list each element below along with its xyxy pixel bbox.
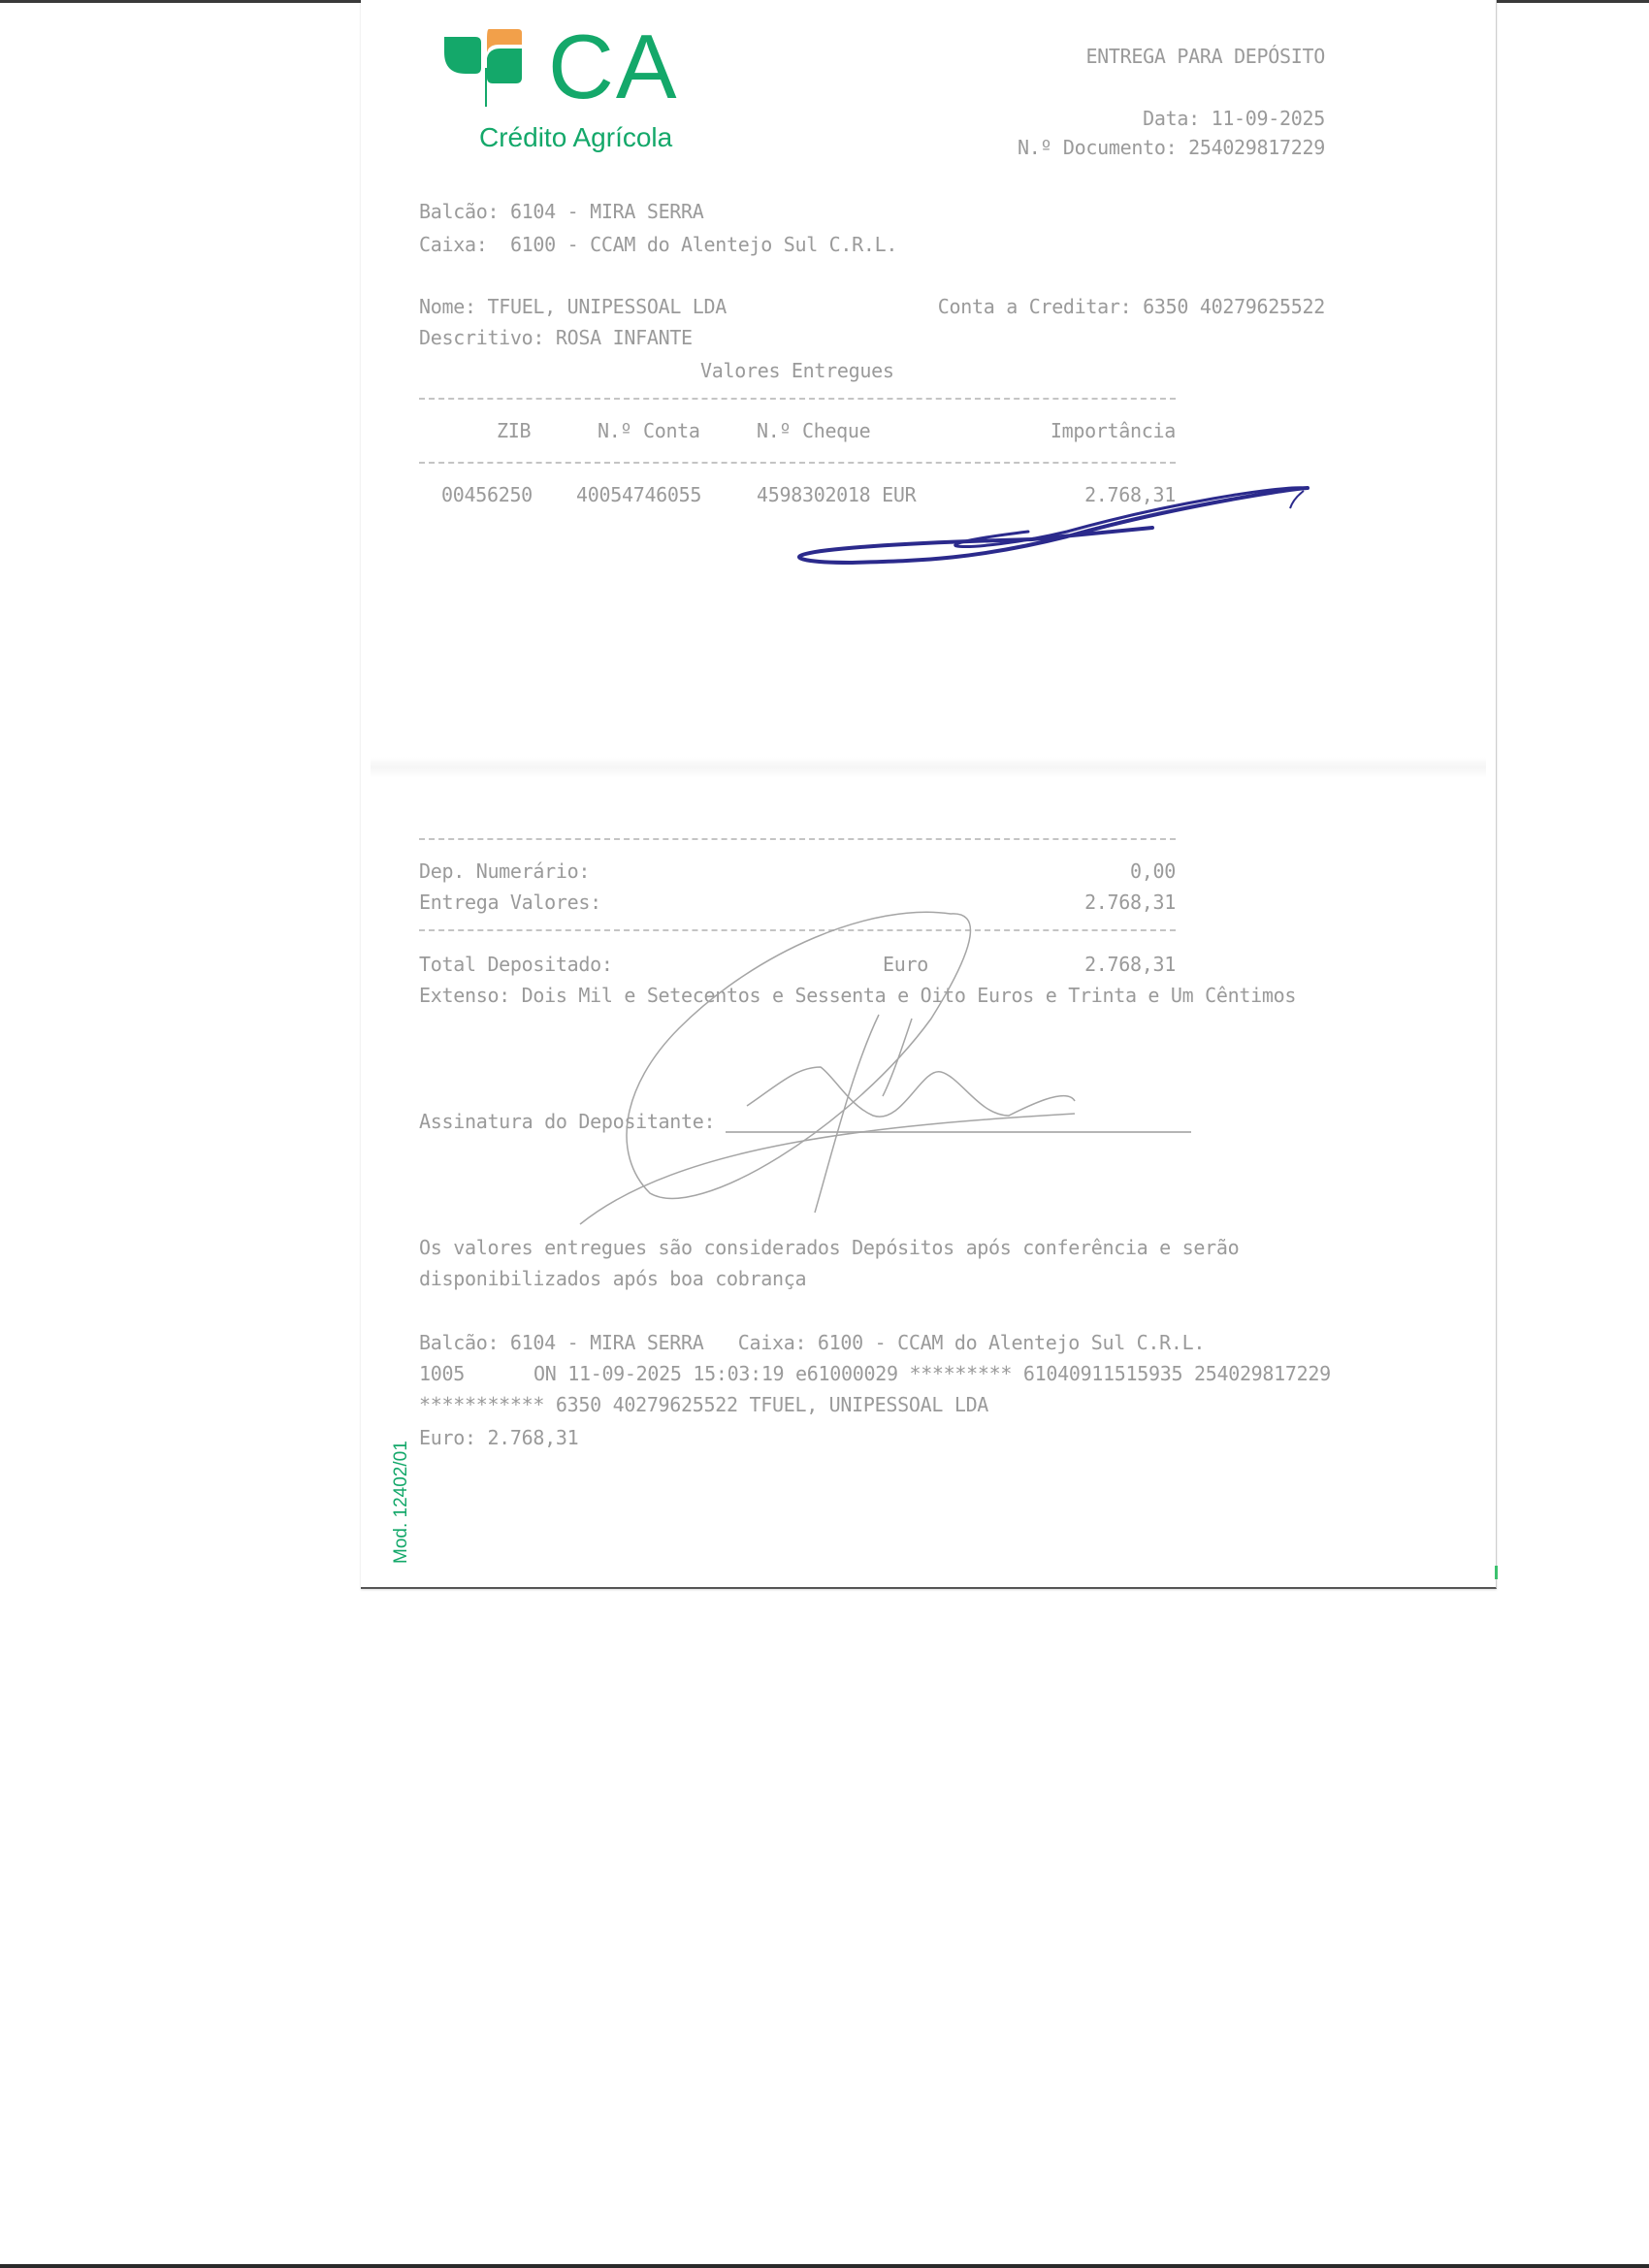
scan-edge (0, 2264, 1649, 2268)
blue-pen-stroke (799, 488, 1308, 563)
handwriting-overlay (0, 0, 1649, 2268)
signature-scribble (627, 912, 970, 1198)
